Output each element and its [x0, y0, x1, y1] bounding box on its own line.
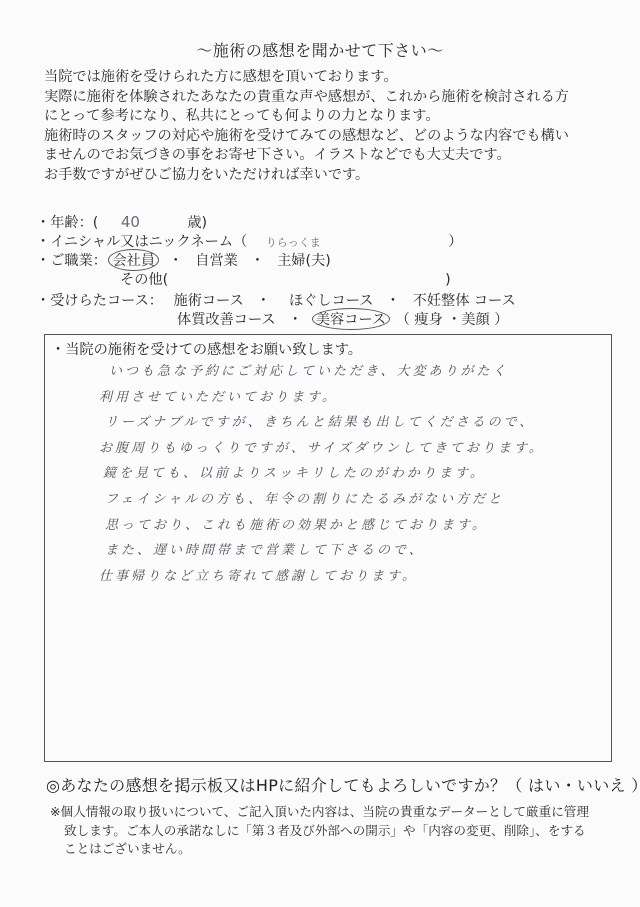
age-field: ・年齢：( 40 歳): [36, 212, 207, 232]
occupation-field: ・ご職業： 会社員 ・ 自営業 ・ 主婦(夫): [36, 250, 331, 270]
feedback-line: 鏡を見ても、以前よりスッキリしたのがわかります。: [99, 461, 545, 487]
occupation-option-company-employee[interactable]: 会社員: [108, 249, 159, 271]
separator: ・: [288, 312, 302, 328]
feedback-line: 利用させていただいております。: [99, 385, 545, 411]
course-option-fertility[interactable]: 不妊整体 コース: [413, 293, 516, 309]
separator: ・: [256, 293, 270, 309]
course-beauty-sub-options: （ 痩身 ・美顔 ）: [396, 312, 509, 328]
feedback-handwritten-text: いつも急な予約にご対応していただき、大変ありがたく 利用させていただいております…: [99, 359, 545, 589]
separator: ・: [250, 253, 264, 269]
feedback-heading: ・当院の施術を受けての感想をお願い致します。: [51, 339, 362, 359]
occupation-other-field: その他( ): [120, 269, 451, 289]
course-option-hogushi[interactable]: ほぐしコース: [289, 293, 373, 309]
intro-line: 当院では施術を受けられた方に感想を頂いております。: [44, 68, 614, 88]
occupation-label: ・ご職業：: [36, 253, 107, 269]
nickname-value[interactable]: りらっくま: [252, 234, 444, 250]
age-suffix: 歳): [187, 215, 207, 231]
intro-line: にとって参考になり、私共にとっても何よりの力となります。: [44, 107, 614, 127]
privacy-note: ※個人情報の取り扱いについて、ご記入頂いた内容は、当院の貴重なデーターとして厳重…: [50, 803, 610, 859]
separator: ・: [386, 293, 400, 309]
course-option-constitution[interactable]: 体質改善コース: [177, 312, 276, 328]
occupation-option-self-employed[interactable]: 自営業: [195, 253, 238, 269]
feedback-line: 思っており、これも施術の効果かと感じております。: [99, 513, 545, 539]
age-label: ・年齢：(: [36, 215, 98, 231]
feedback-box[interactable]: ・当院の施術を受けての感想をお願い致します。 いつも急な予約にご対応していただき…: [44, 334, 612, 762]
course-option-treatment[interactable]: 施術コース: [174, 293, 244, 309]
occupation-option-homemaker[interactable]: 主婦(夫): [277, 253, 331, 269]
occupation-other-suffix: ): [445, 272, 451, 288]
page-title: ～施術の感想を聞かせて下さい～: [0, 38, 640, 61]
privacy-note-line: ことはございません。: [50, 840, 610, 859]
privacy-note-line: 致します。ご本人の承諾なしに「第３者及び外部への開示」や「内容の変更、削除」、を…: [50, 822, 610, 841]
separator: ・: [169, 253, 183, 269]
occupation-other-label: その他(: [120, 272, 168, 288]
intro-line: お手数ですがぜひご協力をいただければ幸いです。: [44, 166, 614, 186]
intro-line: 施術時のスタッフの対応や施術を受けてみての感想など、どのような内容でも構い: [44, 127, 614, 147]
age-value[interactable]: 40: [103, 213, 183, 231]
feedback-line: いつも急な予約にご対応していただき、大変ありがたく: [99, 359, 545, 385]
course-field-row2: 体質改善コース ・ 美容コース （ 痩身 ・美顔 ）: [177, 309, 508, 329]
nickname-field: ・イニシャル又はニックネーム（ りらっくま ）: [36, 231, 463, 251]
intro-paragraph: 当院では施術を受けられた方に感想を頂いております。 実際に施術を体験されたあなた…: [44, 68, 614, 186]
course-label: ・受けらたコース：: [36, 293, 163, 309]
course-option-beauty[interactable]: 美容コース: [312, 308, 390, 330]
intro-line: 実際に施術を体験されたあなたの貴重な声や感想が、これから施術を検討される方: [44, 88, 614, 108]
feedback-line: お腹周りもゆっくりですが、サイズダウンしてきております。: [99, 436, 545, 462]
consent-question[interactable]: ◎あなたの感想を掲示板又はHPに紹介してもよろしいですか？（ はい・いいえ ）: [46, 773, 640, 796]
privacy-note-line: ※個人情報の取り扱いについて、ご記入頂いた内容は、当院の貴重なデーターとして厳重…: [50, 803, 610, 822]
feedback-line: フェイシャルの方も、年令の割りにたるみがない方だと: [99, 487, 545, 513]
nickname-label: ・イニシャル又はニックネーム（: [36, 234, 247, 250]
intro-line: ませんのでお気づきの事をお寄せ下さい。イラストなどでも大丈夫です。: [44, 146, 614, 166]
nickname-suffix: ）: [448, 234, 462, 250]
feedback-line: リーズナブルですが、きちんと結果も出してくださるので、: [99, 410, 545, 436]
feedback-line: また、遅い時間帯まで営業して下さるので、: [99, 538, 545, 564]
feedback-line: 仕事帰りなど立ち寄れて感謝しております。: [99, 564, 545, 590]
course-field: ・受けらたコース： 施術コース ・ ほぐしコース ・ 不妊整体 コース: [36, 290, 516, 310]
